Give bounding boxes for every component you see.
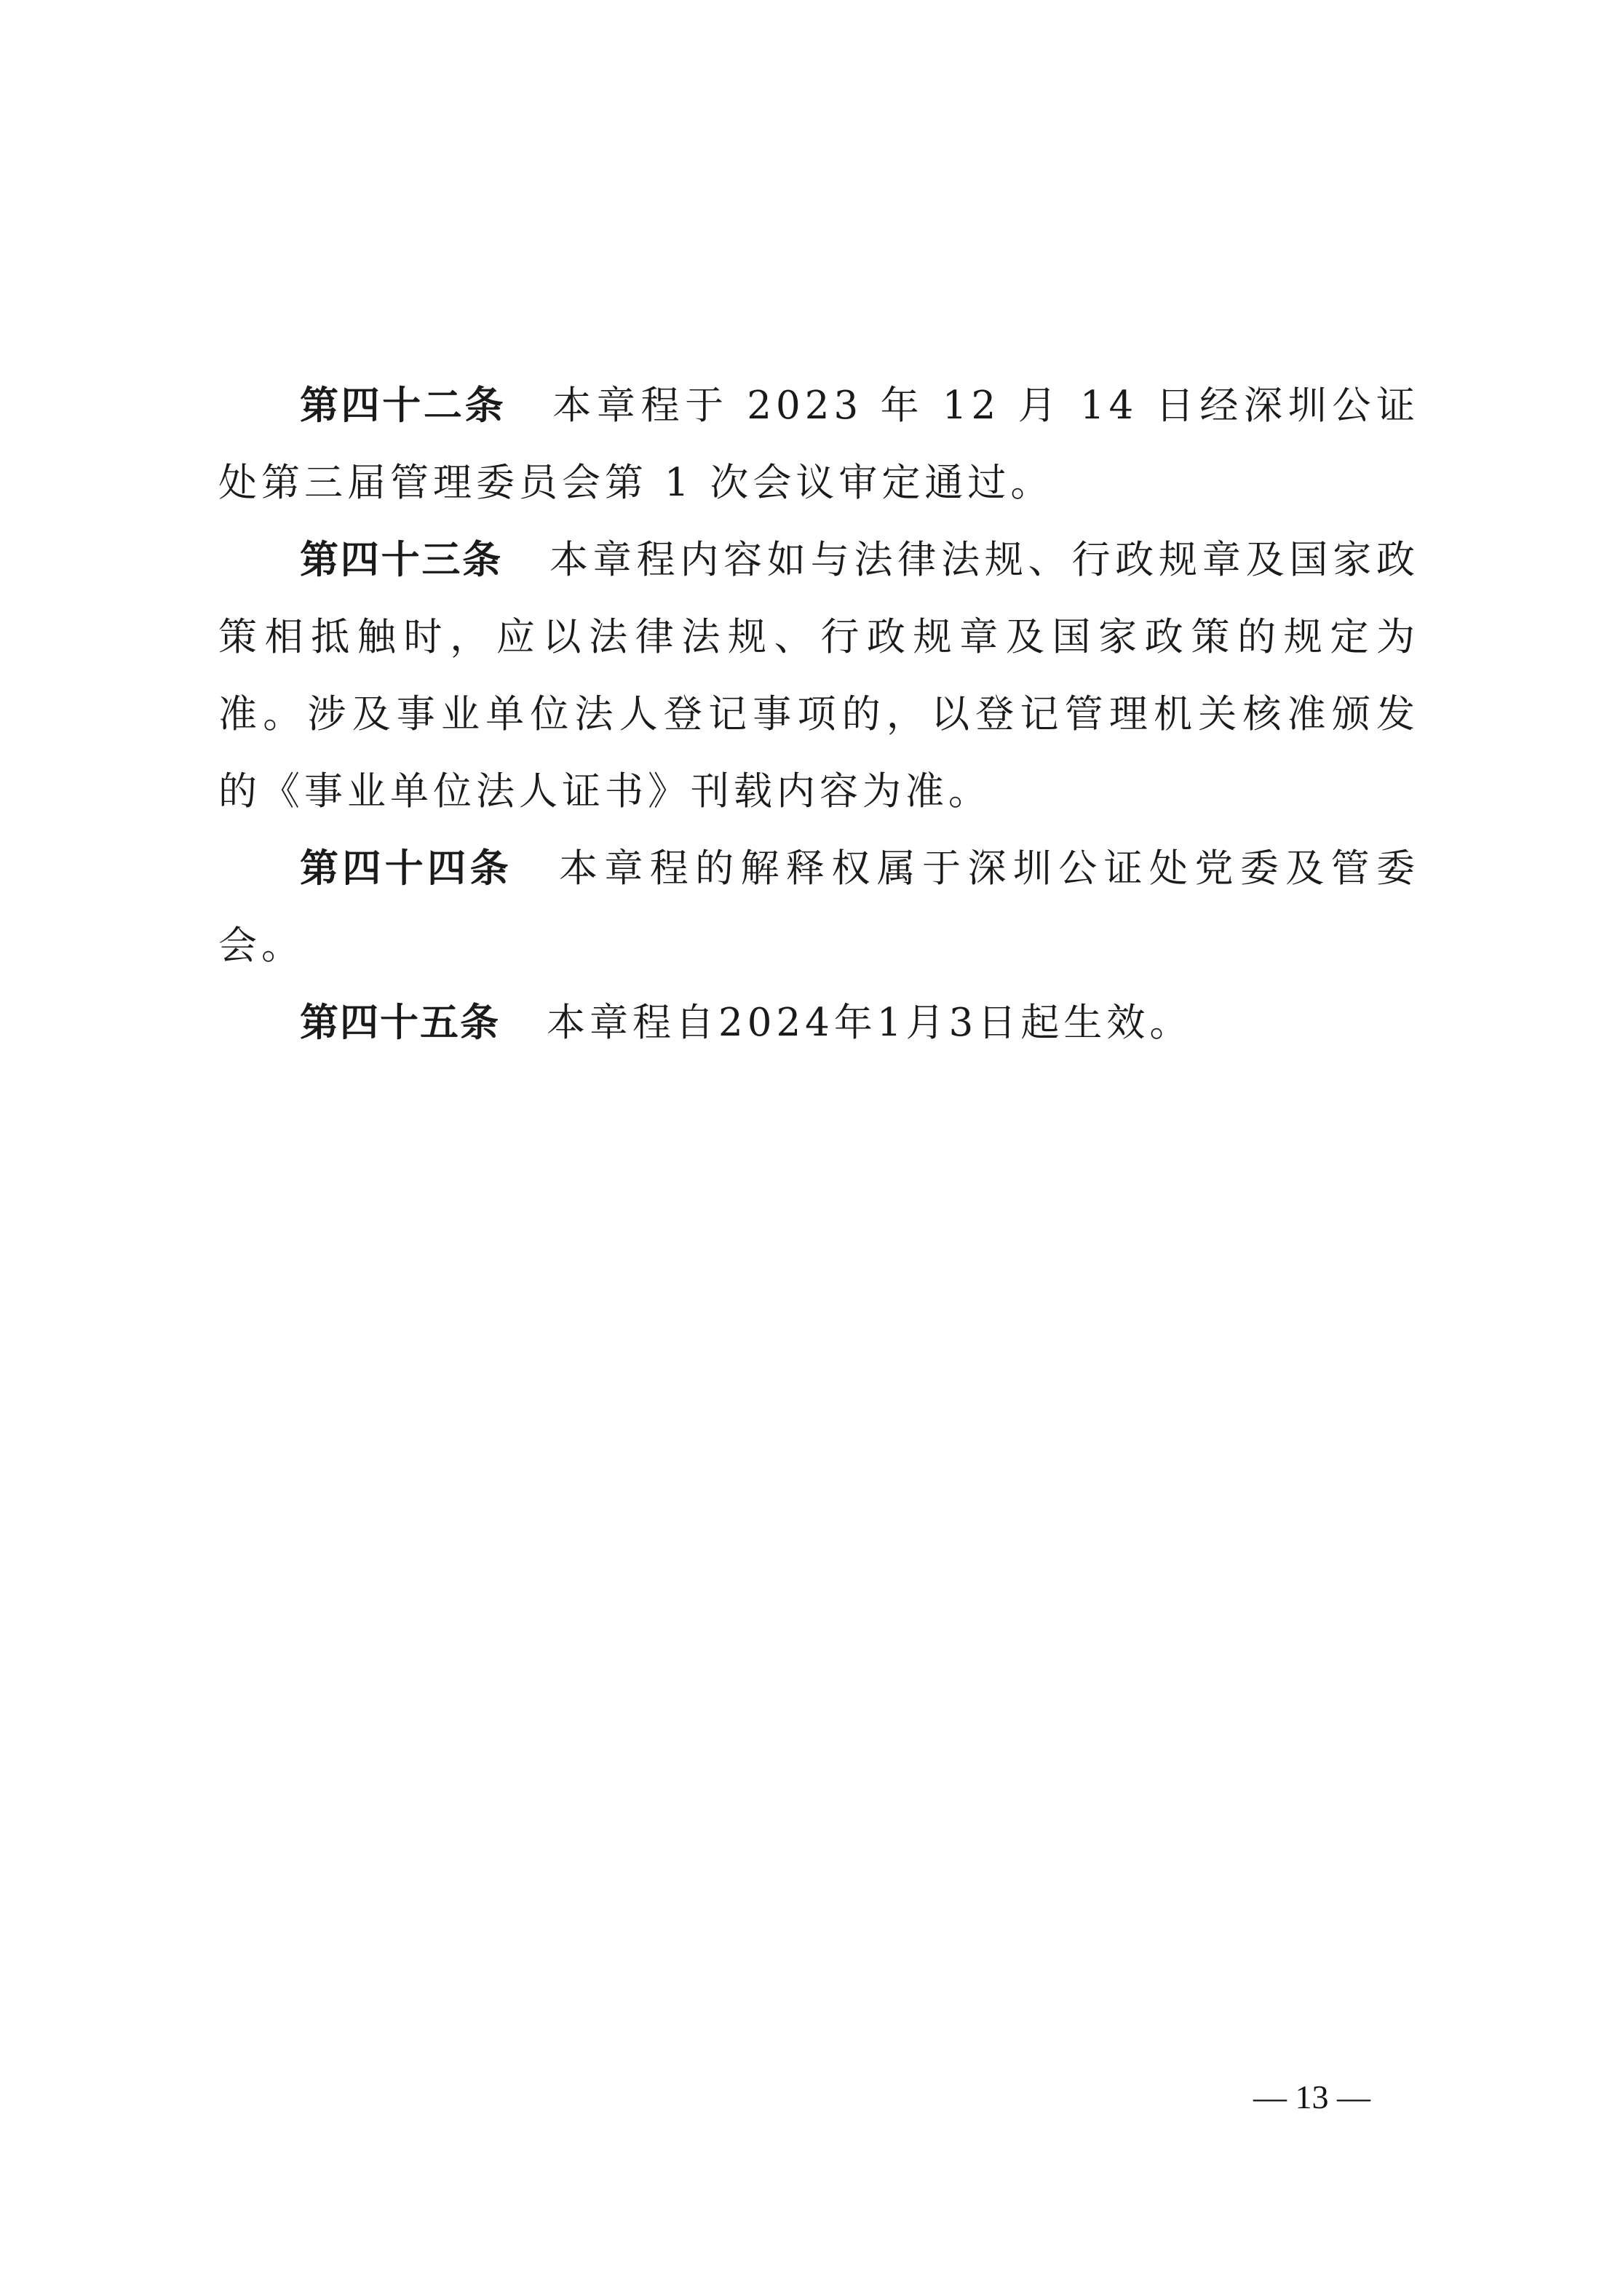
article-42: 第四十二条本章程于 2023 年 12 月 14 日经深圳公证处第三届管理委员会… <box>218 368 1419 522</box>
article-text: 本章程自2024年1月3日起生效。 <box>547 1001 1192 1045</box>
article-label: 第四十四条 <box>300 846 512 891</box>
document-body: 第四十二条本章程于 2023 年 12 月 14 日经深圳公证处第三届管理委员会… <box>218 368 1419 1062</box>
page-number: — 13 — <box>1253 2078 1370 2116</box>
article-label: 第四十五条 <box>300 1001 500 1045</box>
document-page: 第四十二条本章程于 2023 年 12 月 14 日经深圳公证处第三届管理委员会… <box>0 0 1623 2296</box>
article-44: 第四十四条本章程的解释权属于深圳公证处党委及管委会。 <box>218 830 1419 985</box>
article-43: 第四十三条本章程内容如与法律法规、行政规章及国家政策相抵触时，应以法律法规、行政… <box>218 522 1419 830</box>
article-45: 第四十五条本章程自2024年1月3日起生效。 <box>218 985 1419 1062</box>
article-label: 第四十二条 <box>300 384 506 428</box>
article-label: 第四十三条 <box>300 538 503 582</box>
